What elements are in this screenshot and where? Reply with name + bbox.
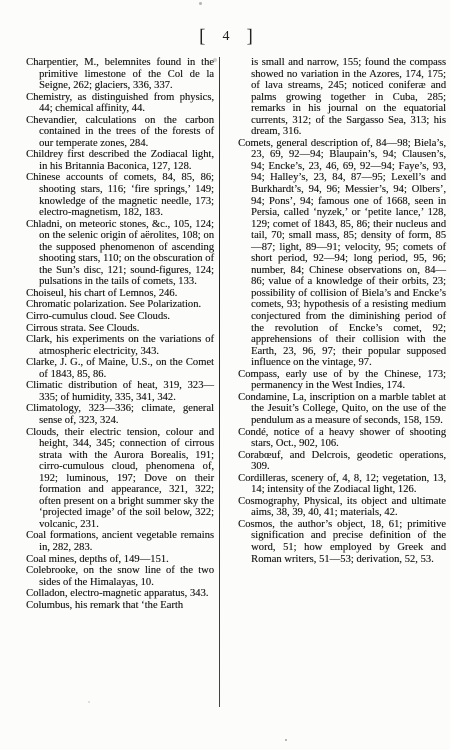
index-entry: Coal mines, depths of, 149—151. <box>26 554 214 566</box>
index-entry: Corabœuf, and Delcrois, geodetic operati… <box>238 450 446 473</box>
index-entry: Cirrous strata. See Clouds. <box>26 323 214 335</box>
index-entry: Cirro-cumulus cloud. See Clouds. <box>26 311 214 323</box>
scan-speck <box>199 2 202 5</box>
index-entry: Comets, general description of, 84—98; B… <box>238 138 446 369</box>
index-entry: Chromatic polarization. See Polarization… <box>26 299 214 311</box>
index-entry: is small and narrow, 155; found the comp… <box>238 57 446 138</box>
page-number: 4 <box>223 29 230 45</box>
index-entry: Choiseul, his chart of Lemnos, 246. <box>26 288 214 300</box>
left-bracket: [ <box>199 26 205 47</box>
index-entry: Chemistry, as distinguished from physics… <box>26 92 214 115</box>
index-entry: Childrey first described the Zodiacal li… <box>26 149 214 172</box>
index-entry: Charpentier, M., belemnites found in the… <box>26 57 214 92</box>
index-entry: Condamine, La, inscription on a marble t… <box>238 392 446 427</box>
index-entry: Climatology, 323—336; climate, general s… <box>26 403 214 426</box>
scan-speck <box>88 701 90 703</box>
scan-speck <box>213 58 217 62</box>
index-column-right: is small and narrow, 155; found the comp… <box>238 57 446 565</box>
index-entry: Colladon, electro-magnetic apparatus, 34… <box>26 588 214 600</box>
scan-speck <box>285 739 287 741</box>
page-header: [4] <box>0 26 450 48</box>
index-entry: Climatic distribution of heat, 319, 323—… <box>26 380 214 403</box>
index-column-left: Charpentier, M., belemnites found in the… <box>26 57 214 611</box>
index-entry: Condé, notice of a heavy shower of shoot… <box>238 427 446 450</box>
index-entry: Clark, his experiments on the variations… <box>26 334 214 357</box>
index-entry: Cosmography, Physical, its object and ul… <box>238 496 446 519</box>
index-entry: Clarke, J. G., of Maine, U.S., on the Co… <box>26 357 214 380</box>
index-entry: Chevandier, calculations on the carbon c… <box>26 115 214 150</box>
index-page: [4] Charpentier, M., belemnites found in… <box>0 0 450 750</box>
right-bracket: ] <box>247 26 253 47</box>
index-entry: Colebrooke, on the snow line of the two … <box>26 565 214 588</box>
index-entry: Chinese accounts of comets, 84, 85, 86; … <box>26 172 214 218</box>
index-entry: Cosmos, the author’s object, 18, 61; pri… <box>238 519 446 565</box>
index-entry: Compass, early use of by the Chinese, 17… <box>238 369 446 392</box>
index-entry: Coal formations, ancient vegetable remai… <box>26 530 214 553</box>
index-entry: Columbus, his remark that ‘the Earth <box>26 600 214 612</box>
index-entry: Cordilleras, scenery of, 4, 8, 12; veget… <box>238 473 446 496</box>
index-entry: Chladni, on meteoric stones, &c., 105, 1… <box>26 219 214 288</box>
column-divider-rule <box>219 57 220 707</box>
index-entry: Clouds, their electric tension, colour a… <box>26 427 214 531</box>
